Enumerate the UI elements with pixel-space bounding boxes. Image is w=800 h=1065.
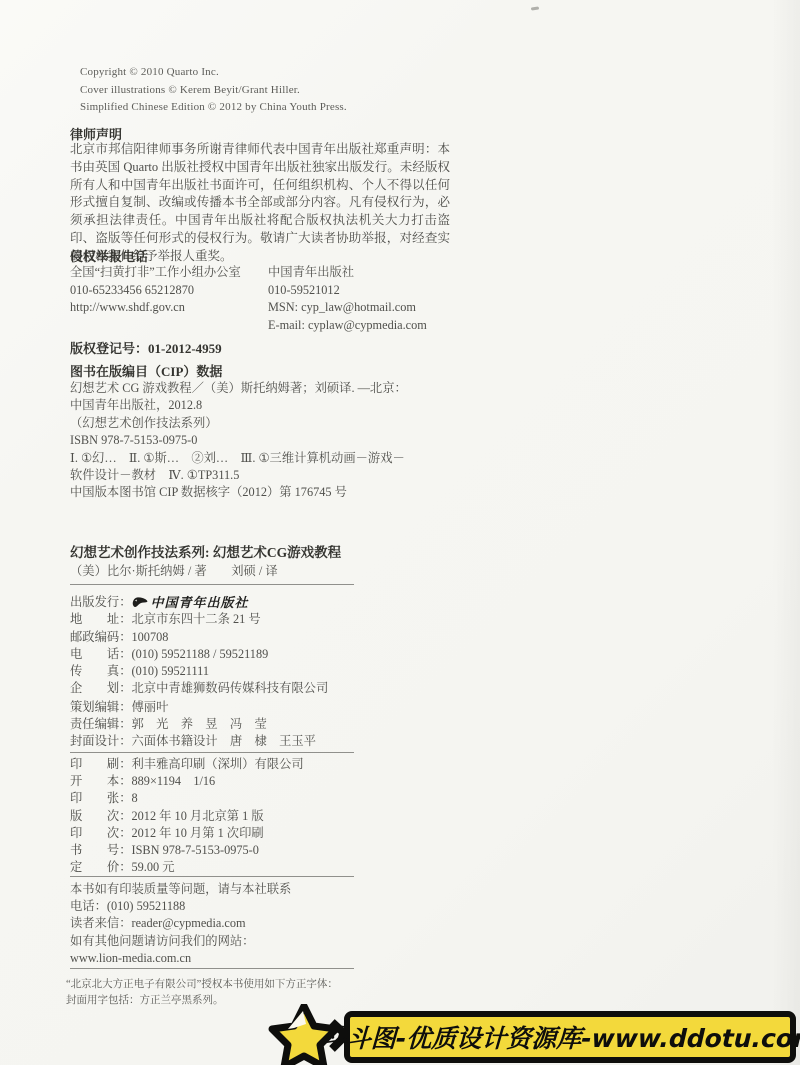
printer-value: 利丰雅高印刷（深圳）有限公司 xyxy=(132,757,304,771)
isbn-label: 书 号： xyxy=(70,843,132,857)
report-left-column: 全国“扫黄打非”工作小组办公室 010-65233456 65212870 ht… xyxy=(70,264,241,317)
fax-label: 传 真： xyxy=(70,664,132,678)
scan-edge-shading xyxy=(772,0,800,1065)
publisher-logo-script: 中国青年出版社 xyxy=(151,594,249,611)
report-website-url: http://www.shdf.gov.cn xyxy=(70,299,241,317)
contact-phone: 电话：(010) 59521188 xyxy=(70,898,291,915)
phone-value: (010) 59521188 / 59521189 xyxy=(132,647,269,661)
planning-editor-value: 傅丽叶 xyxy=(132,700,169,714)
publisher-block: 出版发行：中国青年出版社 地 址：北京市东四十二条 21 号 邮政编码：1007… xyxy=(70,594,328,697)
responsible-editor-value: 郭 光 养 昱 冯 莹 xyxy=(132,717,267,731)
divider xyxy=(70,752,354,753)
book-series-title: 幻想艺术创作技法系列: 幻想艺术CG游戏教程 xyxy=(70,541,341,561)
issuer-line: 出版发行：中国青年出版社 xyxy=(70,594,328,611)
reader-contact-block: 本书如有印装质量等问题，请与本社联系 电话：(010) 59521188 读者来… xyxy=(70,881,291,967)
copyright-line: Copyright © 2010 Quarto Inc. xyxy=(80,64,347,82)
cip-isbn: ISBN 978-7-5153-0975-0 xyxy=(70,432,407,449)
address-label: 地 址： xyxy=(70,612,132,626)
copyright-line: Simplified Chinese Edition © 2012 by Chi… xyxy=(80,99,347,117)
edition-label: 版 次： xyxy=(70,809,132,823)
cip-line: 中国青年出版社，2012.8 xyxy=(70,397,407,414)
fax-value: (010) 59521111 xyxy=(132,664,210,678)
sheets-value: 8 xyxy=(132,791,138,805)
cover-design-value: 六面体书籍设计 唐 棣 王玉平 xyxy=(132,734,316,748)
format-value: 889×1194 1/16 xyxy=(132,774,216,788)
scanned-copyright-page: Copyright © 2010 Quarto Inc. Cover illus… xyxy=(0,0,800,1065)
website-notice: 如有其他问题请访问我们的网站： xyxy=(70,933,291,950)
copyright-line: Cover illustrations © Kerem Beyit/Grant … xyxy=(80,82,347,100)
planning-editor-label: 策划编辑： xyxy=(70,700,132,714)
report-heading: 侵权举报电话 xyxy=(70,246,148,265)
sheets-label: 印 张： xyxy=(70,791,132,805)
cip-line: （幻想艺术创作技法系列） xyxy=(70,415,407,432)
cip-line: Ⅰ. ①幻… Ⅱ. ①斯… ②刘… Ⅲ. ①三维计算机动画－游戏－ xyxy=(70,450,407,467)
scan-artifact-speck xyxy=(531,6,539,10)
copyright-block: Copyright © 2010 Quarto Inc. Cover illus… xyxy=(80,64,347,117)
printing-block: 印 刷：利丰雅高印刷（深圳）有限公司 开 本：889×1194 1/16 印 张… xyxy=(70,756,304,876)
website-url: www.lion-media.com.cn xyxy=(70,950,291,967)
cip-heading: 图书在版编目（CIP）数据 xyxy=(70,361,222,380)
publisher-phone: 010-59521012 xyxy=(268,282,427,300)
planning-label: 企 划： xyxy=(70,681,132,695)
editors-block: 策划编辑：傅丽叶 责任编辑：郭 光 养 昱 冯 莹 封面设计：六面体书籍设计 唐… xyxy=(70,699,316,751)
registration-number: 版权登记号：01-2012-4959 xyxy=(70,338,222,357)
lion-head-icon xyxy=(132,596,148,609)
font-license-line: “北京北大方正电子有限公司”授权本书使用如下方正字体： xyxy=(66,977,338,993)
price-label: 定 价： xyxy=(70,860,132,874)
responsible-editor-label: 责任编辑： xyxy=(70,717,132,731)
watermark-banner: 斗斗图-优质设计资源库-www.ddotu.com xyxy=(344,1011,796,1063)
planning-value: 北京中青雄狮数码传媒科技有限公司 xyxy=(132,681,329,695)
book-authors: （美）比尔·斯托纳姆 / 著 刘硕 / 译 xyxy=(70,563,278,581)
publisher-logo: 中国青年出版社 xyxy=(132,594,249,611)
report-right-column: 中国青年出版社 010-59521012 MSN: cyp_law@hotmai… xyxy=(268,264,427,334)
postcode-value: 100708 xyxy=(132,630,169,644)
impression-label: 印 次： xyxy=(70,826,132,840)
phone-label: 电 话： xyxy=(70,647,132,661)
publisher-name: 中国青年出版社 xyxy=(268,264,427,282)
address-value: 北京市东四十二条 21 号 xyxy=(132,612,261,626)
edition-value: 2012 年 10 月北京第 1 版 xyxy=(132,809,264,823)
divider xyxy=(70,876,354,877)
format-label: 开 本： xyxy=(70,774,132,788)
postcode-label: 邮政编码： xyxy=(70,630,132,644)
cover-design-label: 封面设计： xyxy=(70,734,132,748)
price-value: 59.00 元 xyxy=(132,860,175,874)
cip-line: 中国版本图书馆 CIP 数据核字（2012）第 176745 号 xyxy=(70,484,407,501)
publisher-email: E-mail: cyplaw@cypmedia.com xyxy=(268,317,427,335)
reader-email: 读者来信：reader@cypmedia.com xyxy=(70,915,291,932)
watermark-text: 斗斗图-优质设计资源库-www.ddotu.com xyxy=(320,1019,800,1055)
printer-label: 印 刷： xyxy=(70,757,132,771)
impression-value: 2012 年 10 月第 1 次印刷 xyxy=(132,826,264,840)
isbn-value: ISBN 978-7-5153-0975-0 xyxy=(132,843,259,857)
quality-notice: 本书如有印装质量等问题，请与本社联系 xyxy=(70,881,291,898)
report-office: 全国“扫黄打非”工作小组办公室 xyxy=(70,264,241,282)
divider xyxy=(70,584,354,585)
cip-block: 幻想艺术 CG 游戏教程／（美）斯托纳姆著；刘硕译. —北京： 中国青年出版社，… xyxy=(70,380,407,502)
cip-line: 软件设计－教材 Ⅳ. ①TP311.5 xyxy=(70,467,407,484)
issuer-label: 出版发行： xyxy=(70,595,132,609)
divider xyxy=(70,968,354,969)
publisher-msn: MSN: cyp_law@hotmail.com xyxy=(268,299,427,317)
cip-line: 幻想艺术 CG 游戏教程／（美）斯托纳姆著；刘硕译. —北京： xyxy=(70,380,407,397)
report-phone-numbers: 010-65233456 65212870 xyxy=(70,282,241,300)
